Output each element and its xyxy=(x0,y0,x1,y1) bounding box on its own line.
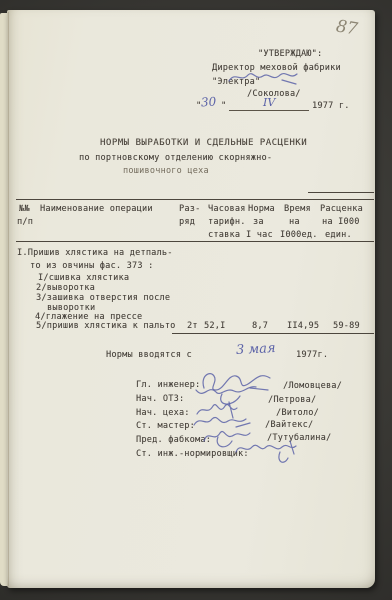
effective-date-prefix: Нормы вводятся с xyxy=(106,350,192,360)
col-header-rate-2: тарифн. xyxy=(208,217,246,227)
handwritten-effective-date: 3 мая xyxy=(236,341,276,358)
operation-step-1: I/сшивка хлястика xyxy=(38,273,129,283)
table-rule-row-bottom xyxy=(172,333,374,334)
operation-step-3: 3/зашивка отверстия после xyxy=(36,293,170,303)
date-quote-close: " xyxy=(221,101,226,111)
effective-date-year: 1977г. xyxy=(296,350,328,360)
cell-rate: 52,I xyxy=(204,321,225,331)
document-title-line1: НОРМЫ ВЫРАБОТКИ И СДЕЛЬНЫЕ РАСЦЕНКИ xyxy=(100,138,307,148)
cell-price: 59-89 xyxy=(333,321,360,331)
col-header-number-2: п/п xyxy=(17,217,33,227)
col-header-number: №№ xyxy=(19,204,30,214)
col-header-price-1: Расценка xyxy=(320,204,363,214)
signature-name-senior-master: /Вайтекс/ xyxy=(265,420,313,430)
col-header-time-2: на xyxy=(289,217,300,227)
operation-step-2: 2/выворотка xyxy=(36,283,95,293)
signature-label-otz-head: Нач. ОТЗ: xyxy=(136,394,184,404)
col-header-norm-2: за xyxy=(253,217,264,227)
table-rule-top xyxy=(16,199,374,200)
cell-grade: 2т xyxy=(187,321,198,331)
operation-step-5: 5/пришив хлястика к пальто xyxy=(36,321,176,331)
signature-scribble-senior-rate-setter xyxy=(232,438,306,468)
col-header-grade-2: ряд xyxy=(179,217,195,227)
signature-label-shop-head: Нач. цеха: xyxy=(136,408,190,418)
handwritten-month: IV xyxy=(263,96,275,109)
col-header-rate-1: Часовая xyxy=(208,204,246,214)
signature-label-senior-master: Ст. мастер: xyxy=(136,421,195,431)
cell-norm: 8,7 xyxy=(252,321,268,331)
table-rule-header-bottom xyxy=(16,241,374,242)
signature-label-chief-engineer: Гл. инженер: xyxy=(136,380,200,390)
table-rule-top-short xyxy=(308,192,374,193)
approval-stamp: "УТВЕРЖДАЮ": xyxy=(258,49,322,59)
col-header-time-1: Время xyxy=(284,204,311,214)
col-header-rate-3: ставка xyxy=(208,230,240,240)
operation-name-line1: I.Пришив хлястика на детпаль- xyxy=(17,248,173,258)
signature-name-otz-head: /Петрова/ xyxy=(268,395,316,405)
operation-name-line2: то из овчины фас. 373 : xyxy=(30,261,153,271)
signature-name-shop-head: /Витоло/ xyxy=(276,408,319,418)
document-title-line2: по портновскому отделению скорняжно- xyxy=(79,153,272,163)
document-title-line3: пошивочного цеха xyxy=(123,166,209,176)
scanned-document-photo: { "page": { "corner_number": "87" }, "co… xyxy=(0,0,392,600)
date-underline xyxy=(229,110,309,111)
col-header-time-3: I000ед. xyxy=(280,230,318,240)
col-header-grade-1: Раз- xyxy=(179,204,200,214)
director-signature-scribble xyxy=(226,66,300,90)
col-header-operation: Наименование операции xyxy=(40,204,153,214)
handwritten-day: 30 xyxy=(201,94,217,109)
col-header-norm-3: I час xyxy=(246,230,273,240)
col-header-price-2: на I000 xyxy=(322,217,360,227)
date-year: 1977 г. xyxy=(312,101,350,111)
cell-time: II4,95 xyxy=(287,321,319,331)
col-header-price-3: един. xyxy=(325,230,352,240)
page-fold-line xyxy=(8,12,9,586)
signature-name-chief-engineer: /Ломовцева/ xyxy=(283,381,342,391)
col-header-norm-1: Норма xyxy=(248,204,275,214)
pencil-page-number: 87 xyxy=(335,16,360,39)
